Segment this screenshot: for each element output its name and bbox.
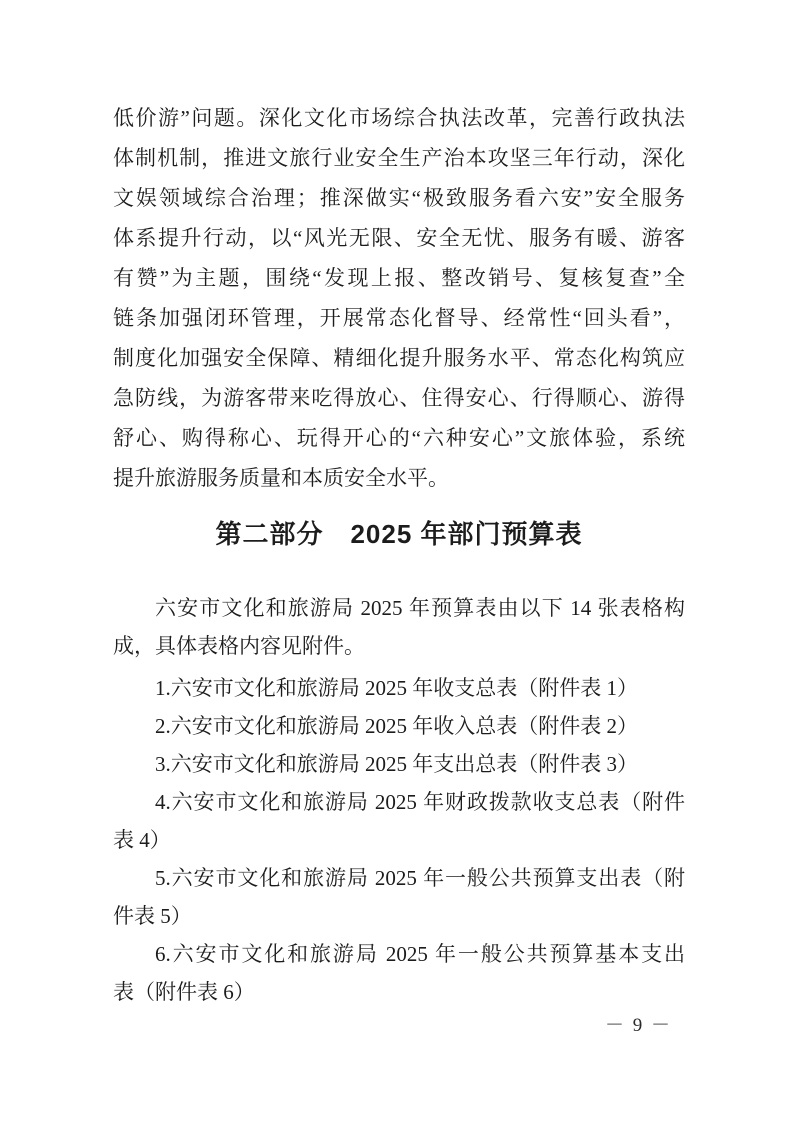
text-line: 成，具体表格内容见附件。 [113, 627, 685, 665]
text-line: 急防线，为游客带来吃得放心、住得安心、行得顺心、游得 [113, 378, 685, 418]
page-content: 低价游”问题。深化文化市场综合执法改革，完善行政执法 体制机制，推进文旅行业安全… [113, 0, 685, 1011]
section-heading: 第二部分 2025 年部门预算表 [113, 512, 685, 556]
list-item: 4.六安市文化和旅游局 2025 年财政拨款收支总表（附件 [113, 783, 685, 821]
list-item-continuation: 表 4） [113, 821, 685, 859]
document-page: 低价游”问题。深化文化市场综合执法改革，完善行政执法 体制机制，推进文旅行业安全… [0, 0, 793, 1122]
list-item: 3.六安市文化和旅游局 2025 年支出总表（附件表 3） [113, 745, 685, 783]
tables-intro-paragraph: 六安市文化和旅游局 2025 年预算表由以下 14 张表格构 成，具体表格内容见… [113, 589, 685, 665]
list-item-continuation: 件表 5） [113, 897, 685, 935]
text-line: 链条加强闭环管理，开展常态化督导、经常性“回头看”， [113, 298, 685, 338]
text-line: 体系提升行动，以“风光无限、安全无忧、服务有暖、游客 [113, 218, 685, 258]
text-line: 有赞”为主题，围绕“发现上报、整改销号、复核复查”全 [113, 258, 685, 298]
text-line: 体制机制，推进文旅行业安全生产治本攻坚三年行动，深化 [113, 138, 685, 178]
text-line: 制度化加强安全保障、精细化提升服务水平、常态化构筑应 [113, 338, 685, 378]
page-number: － 9 － [605, 1014, 672, 1038]
text-line: 提升旅游服务质量和本质安全水平。 [113, 458, 685, 498]
text-line: 低价游”问题。深化文化市场综合执法改革，完善行政执法 [113, 98, 685, 138]
text-line: 舒心、购得称心、玩得开心的“六种安心”文旅体验，系统 [113, 418, 685, 458]
table-list: 1.六安市文化和旅游局 2025 年收支总表（附件表 1） 2.六安市文化和旅游… [113, 669, 685, 1011]
text-line: 文娱领域综合治理；推深做实“极致服务看六安”安全服务 [113, 178, 685, 218]
list-item: 5.六安市文化和旅游局 2025 年一般公共预算支出表（附 [113, 859, 685, 897]
list-item: 1.六安市文化和旅游局 2025 年收支总表（附件表 1） [113, 669, 685, 707]
text-line: 六安市文化和旅游局 2025 年预算表由以下 14 张表格构 [113, 589, 685, 627]
intro-paragraph: 低价游”问题。深化文化市场综合执法改革，完善行政执法 体制机制，推进文旅行业安全… [113, 98, 685, 498]
list-item: 2.六安市文化和旅游局 2025 年收入总表（附件表 2） [113, 707, 685, 745]
list-item: 6.六安市文化和旅游局 2025 年一般公共预算基本支出 [113, 935, 685, 973]
list-item-continuation: 表（附件表 6） [113, 973, 685, 1011]
